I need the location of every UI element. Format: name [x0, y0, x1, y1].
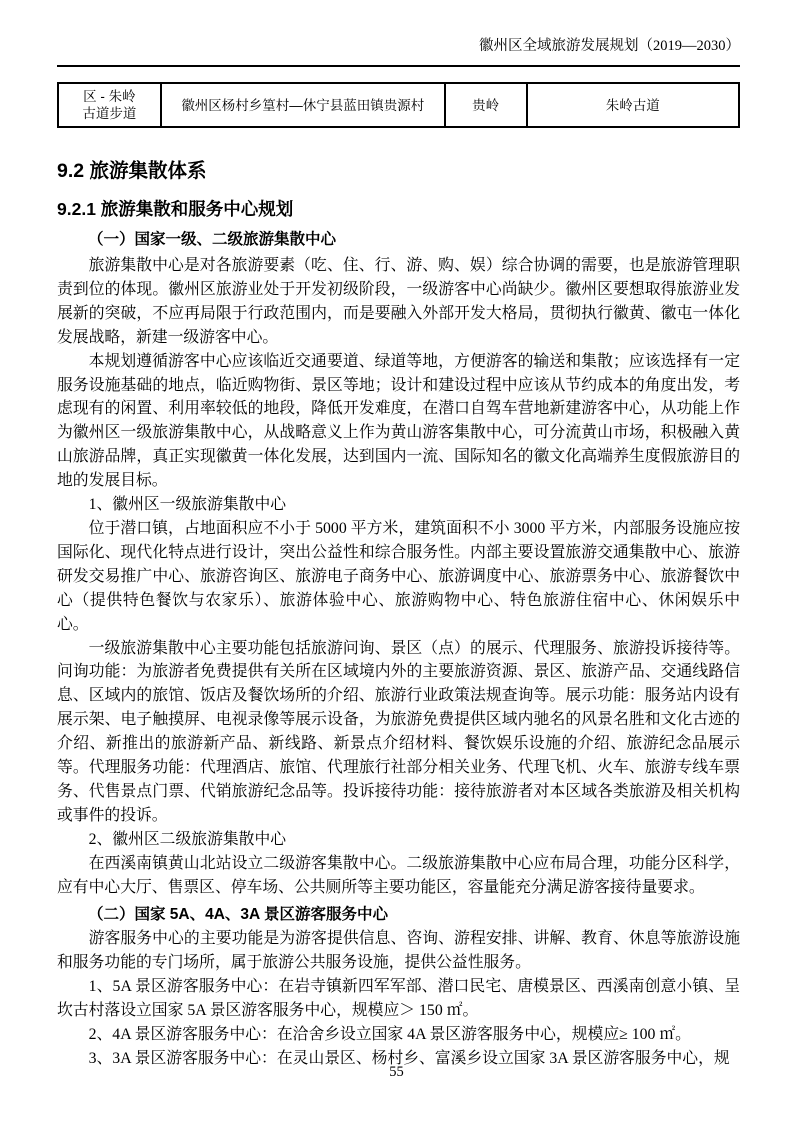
body-content: 9.2 旅游集散体系 9.2.1 旅游集散和服务中心规划 （一）国家一级、二级旅…: [57, 148, 740, 1071]
section-title: 9.2 旅游集散体系: [57, 158, 740, 184]
table-cell-route: 徽州区杨村乡篁村—休宁县蓝田镇贵源村: [161, 83, 445, 127]
paragraph: 一级旅游集散中心主要功能包括旅游问询、景区（点）的展示、代理服务、旅游投诉接待等…: [57, 637, 740, 828]
document-title: 徽州区全域旅游发展规划（2019—2030）: [479, 38, 740, 54]
document-page: 徽州区全域旅游发展规划（2019—2030） 区 - 朱岭 古道步道 徽州区杨村…: [0, 0, 793, 1122]
paragraph: 1、5A 景区游客服务中心：在岩寺镇新四军军部、潜口民宅、唐模景区、西溪南创意小…: [57, 975, 740, 1023]
paragraph: 在西溪南镇黄山北站设立二级游客集散中心。二级旅游集散中心应布局合理，功能分区科学…: [57, 852, 740, 900]
table-cell-trail-name: 区 - 朱岭 古道步道: [58, 83, 161, 127]
paragraph: 2、4A 景区游客服务中心：在洽舍乡设立国家 4A 景区游客服务中心，规模应≥ …: [57, 1023, 740, 1047]
paragraph: 本规划遵循游客中心应该临近交通要道、绿道等地，方便游客的输送和集散；应该选择有一…: [57, 350, 740, 493]
item2-heading: 2、徽州区二级旅游集散中心: [57, 828, 740, 852]
table-cell-road: 朱岭古道: [527, 83, 739, 127]
table-cell-pass: 贵岭: [445, 83, 527, 127]
part1-heading: （一）国家一级、二级旅游集散中心: [57, 229, 740, 250]
part2-heading: （二）国家 5A、4A、3A 景区游客服务中心: [57, 904, 740, 925]
table-row: 区 - 朱岭 古道步道 徽州区杨村乡篁村—休宁县蓝田镇贵源村 贵岭 朱岭古道: [58, 83, 739, 127]
item1-heading: 1、徽州区一级旅游集散中心: [57, 493, 740, 517]
paragraph: 位于潜口镇，占地面积应不小于 5000 平方米，建筑面积不小 3000 平方米，…: [57, 517, 740, 637]
paragraph: 游客服务中心的主要功能是为游客提供信息、咨询、游程安排、讲解、教育、休息等旅游设…: [57, 927, 740, 975]
subsection-title: 9.2.1 旅游集散和服务中心规划: [57, 197, 740, 222]
page-number: 55: [0, 1062, 793, 1082]
paragraph: 旅游集散中心是对各旅游要素（吃、住、行、游、购、娱）综合协调的需要，也是旅游管理…: [57, 254, 740, 350]
trail-table: 区 - 朱岭 古道步道 徽州区杨村乡篁村—休宁县蓝田镇贵源村 贵岭 朱岭古道: [57, 82, 740, 128]
running-header: 徽州区全域旅游发展规划（2019—2030）: [57, 36, 740, 67]
